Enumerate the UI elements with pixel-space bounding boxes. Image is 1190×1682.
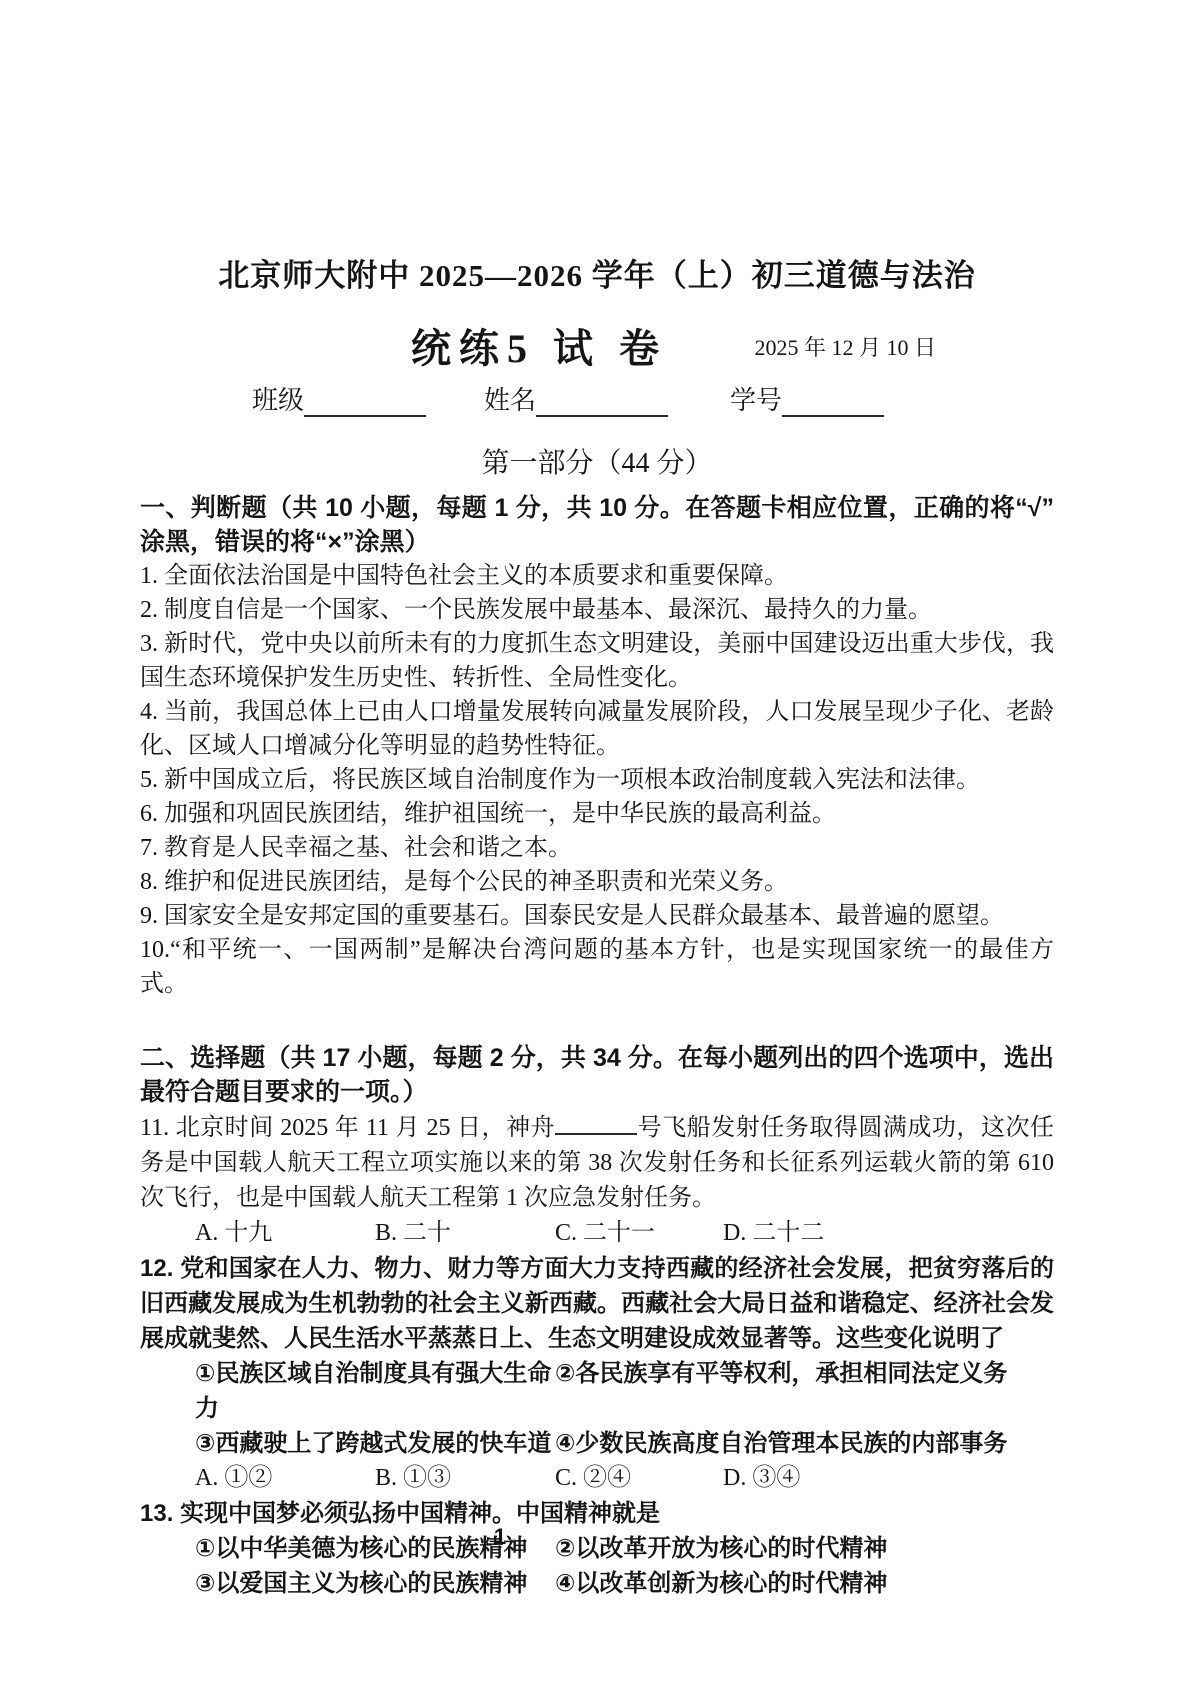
- mc-question-12-stem: 12. 党和国家在人力、物力、财力等方面大力支持西藏的经济社会发展，把贫穷落后的…: [140, 1251, 1054, 1356]
- class-field-label: 班级: [252, 380, 304, 417]
- q12-statement-3: ③西藏驶上了跨越式发展的快车道: [195, 1426, 555, 1461]
- student-id-field-label: 学号: [730, 380, 782, 417]
- q11-options-row: A. 十九 B. 二十 C. 二十一 D. 二十二: [140, 1216, 1054, 1251]
- section2: 二、选择题（共 17 小题，每题 2 分，共 34 分。在每小题列出的四个选项中…: [140, 1041, 1054, 1601]
- tf-question-7: 7. 教育是人民幸福之基、社会和谐之本。: [140, 831, 1054, 865]
- tf-question-4: 4. 当前，我国总体上已由人口增量发展转向减量发展阶段，人口发展呈现少子化、老龄…: [140, 695, 1054, 763]
- exam-paper-page: 北京师大附中 2025—2026 学年（上）初三道德与法治 统练5 试 卷 20…: [0, 0, 1190, 1682]
- q12-option-b: B. ①③: [375, 1461, 555, 1496]
- q11-stem-prefix: 11. 北京时间 2025 年 11 月 25 日，神舟: [140, 1115, 555, 1141]
- q11-option-c: C. 二十一: [555, 1216, 723, 1251]
- q12-statements-row-1: ①民族区域自治制度具有强大生命力 ②各民族享有平等权利，承担相同法定义务: [140, 1356, 1054, 1426]
- q12-statements-row-2: ③西藏驶上了跨越式发展的快车道 ④少数民族高度自治管理本民族的内部事务: [140, 1426, 1054, 1461]
- q12-option-d: D. ③④: [723, 1461, 1054, 1496]
- q13-statement-4: ④以改革创新为核心的时代精神: [555, 1566, 1054, 1601]
- q11-option-d: D. 二十二: [723, 1216, 1054, 1251]
- q13-statement-3: ③以爱国主义为核心的民族精神: [195, 1566, 555, 1601]
- name-field: 姓名: [484, 380, 668, 417]
- q11-option-a: A. 十九: [195, 1216, 375, 1251]
- subtitle-row: 统练5 试 卷 2025 年 12 月 10 日: [140, 317, 1054, 369]
- tf-question-5: 5. 新中国成立后，将民族区域自治制度作为一项根本政治制度载入宪法和法律。: [140, 763, 1054, 797]
- student-id-field: 学号: [730, 380, 884, 417]
- student-id-blank-line: [782, 387, 884, 417]
- q11-fill-blank: [555, 1109, 637, 1135]
- q11-option-b: B. 二十: [375, 1216, 555, 1251]
- q13-statements-row-2: ③以爱国主义为核心的民族精神 ④以改革创新为核心的时代精神: [140, 1566, 1054, 1601]
- part1-heading: 第一部分（44 分）: [140, 441, 1054, 481]
- q12-option-a: A. ①②: [195, 1461, 375, 1496]
- class-field: 班级: [252, 380, 426, 417]
- mc-question-11-stem: 11. 北京时间 2025 年 11 月 25 日，神舟号飞船发射任务取得圆满成…: [140, 1109, 1054, 1216]
- tf-question-3: 3. 新时代，党中央以前所未有的力度抓生态文明建设，美丽中国建设迈出重大步伐，我…: [140, 627, 1054, 695]
- class-blank-line: [304, 387, 426, 417]
- q12-statement-1: ①民族区域自治制度具有强大生命力: [195, 1356, 555, 1426]
- name-field-label: 姓名: [484, 380, 536, 417]
- q12-statement-4: ④少数民族高度自治管理本民族的内部事务: [555, 1426, 1054, 1461]
- paper-title: 北京师大附中 2025—2026 学年（上）初三道德与法治: [140, 250, 1054, 295]
- q12-options-row: A. ①② B. ①③ C. ②④ D. ③④: [140, 1461, 1054, 1496]
- tf-question-6: 6. 加强和巩固民族团结，维护祖国统一，是中华民族的最高利益。: [140, 797, 1054, 831]
- page-number: 1: [0, 1524, 1000, 1550]
- tf-question-1: 1. 全面依法治国是中国特色社会主义的本质要求和重要保障。: [140, 559, 1054, 593]
- section1-heading: 一、判断题（共 10 小题，每题 1 分，共 10 分。在答题卡相应位置，正确的…: [140, 491, 1054, 559]
- section2-heading: 二、选择题（共 17 小题，每题 2 分，共 34 分。在每小题列出的四个选项中…: [140, 1041, 1054, 1109]
- exam-date: 2025 年 12 月 10 日: [754, 331, 936, 362]
- q12-option-c: C. ②④: [555, 1461, 723, 1496]
- tf-question-2: 2. 制度自信是一个国家、一个民族发展中最基本、最深沉、最持久的力量。: [140, 593, 1054, 627]
- exam-content: 北京师大附中 2025—2026 学年（上）初三道德与法治 统练5 试 卷 20…: [140, 250, 1054, 1601]
- student-info-row: 班级 姓名 学号: [140, 383, 1054, 417]
- q12-statement-2: ②各民族享有平等权利，承担相同法定义务: [555, 1356, 1054, 1426]
- tf-question-9: 9. 国家安全是安邦定国的重要基石。国泰民安是人民群众最基本、最普遍的愿望。: [140, 899, 1054, 933]
- tf-question-10: 10.“和平统一、一国两制”是解决台湾问题的基本方针，也是实现国家统一的最佳方式…: [140, 933, 1054, 1001]
- tf-question-8: 8. 维护和促进民族团结，是每个公民的神圣职责和光荣义务。: [140, 865, 1054, 899]
- name-blank-line: [536, 387, 668, 417]
